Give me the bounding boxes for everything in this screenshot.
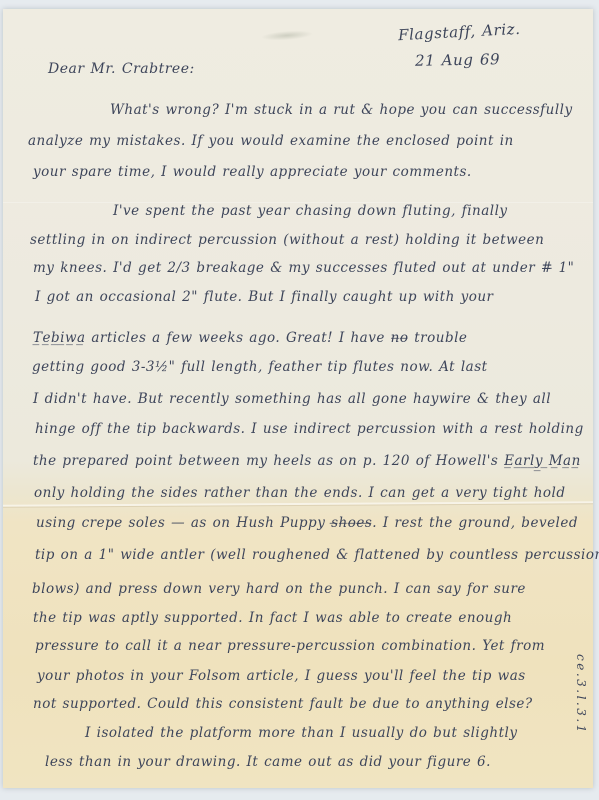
fold-crease-highlight (3, 501, 593, 507)
letter-line-15: tip on a 1" wide antler (well roughened … (35, 547, 599, 563)
letter-line-5: settling in on indirect percussion (with… (30, 232, 544, 248)
letter-line-13: only holding the sides rather than the e… (34, 485, 566, 501)
letter-line-16: blows) and press down very hard on the p… (32, 581, 526, 597)
letter-line-11: hinge off the tip backwards. I use indir… (35, 421, 584, 437)
letter-line-3: your spare time, I would really apprecia… (33, 164, 472, 180)
letter-line-21: I isolated the platform more than I usua… (85, 725, 517, 741)
letter-line-12: the prepared point between my heels as o… (33, 453, 581, 469)
letter-place: Flagstaff, Ariz. (398, 20, 521, 44)
letter-line-9: getting good 3-3½" full length, feather … (32, 359, 488, 375)
pencil-smudge (261, 29, 314, 42)
letter-line-8: T̲e̲b̲i̲w̲a̲ articles a few weeks ago. G… (33, 330, 467, 346)
letter-line-7: I got an occasional 2" flute. But I fina… (35, 289, 494, 305)
catalog-number: ce.3.l.3.1 (574, 654, 588, 735)
letter-line-17: the tip was aptly supported. In fact I w… (33, 610, 512, 626)
letter-line-2: analyze my mistakes. If you would examin… (28, 133, 514, 149)
letter-line-19: your photos in your Folsom article, I gu… (37, 668, 526, 684)
letter-line-14: using crepe soles — as on Hush Puppy s̶h… (36, 515, 578, 531)
fold-crease-shadow (3, 503, 593, 508)
letter-line-18: pressure to call it a near pressure-perc… (35, 638, 545, 654)
letter-line-22: less than in your drawing. It came out a… (45, 754, 491, 770)
letter-line-20: not supported. Could this consistent fau… (33, 696, 533, 712)
letter-salutation: Dear Mr. Crabtree: (48, 61, 195, 77)
letter-line-10: I didn't have. But recently something ha… (33, 391, 551, 407)
letter-line-4: I've spent the past year chasing down fl… (113, 203, 508, 219)
letter-paper: Flagstaff, Ariz. 21 Aug 69 Dear Mr. Crab… (3, 9, 593, 788)
page-background: { "colors": { "background": "#e6ebef", "… (0, 0, 599, 800)
letter-line-6: my knees. I'd get 2/3 breakage & my succ… (33, 260, 574, 276)
letter-date: 21 Aug 69 (415, 50, 501, 69)
letter-line-1: What's wrong? I'm stuck in a rut & hope … (110, 102, 573, 118)
